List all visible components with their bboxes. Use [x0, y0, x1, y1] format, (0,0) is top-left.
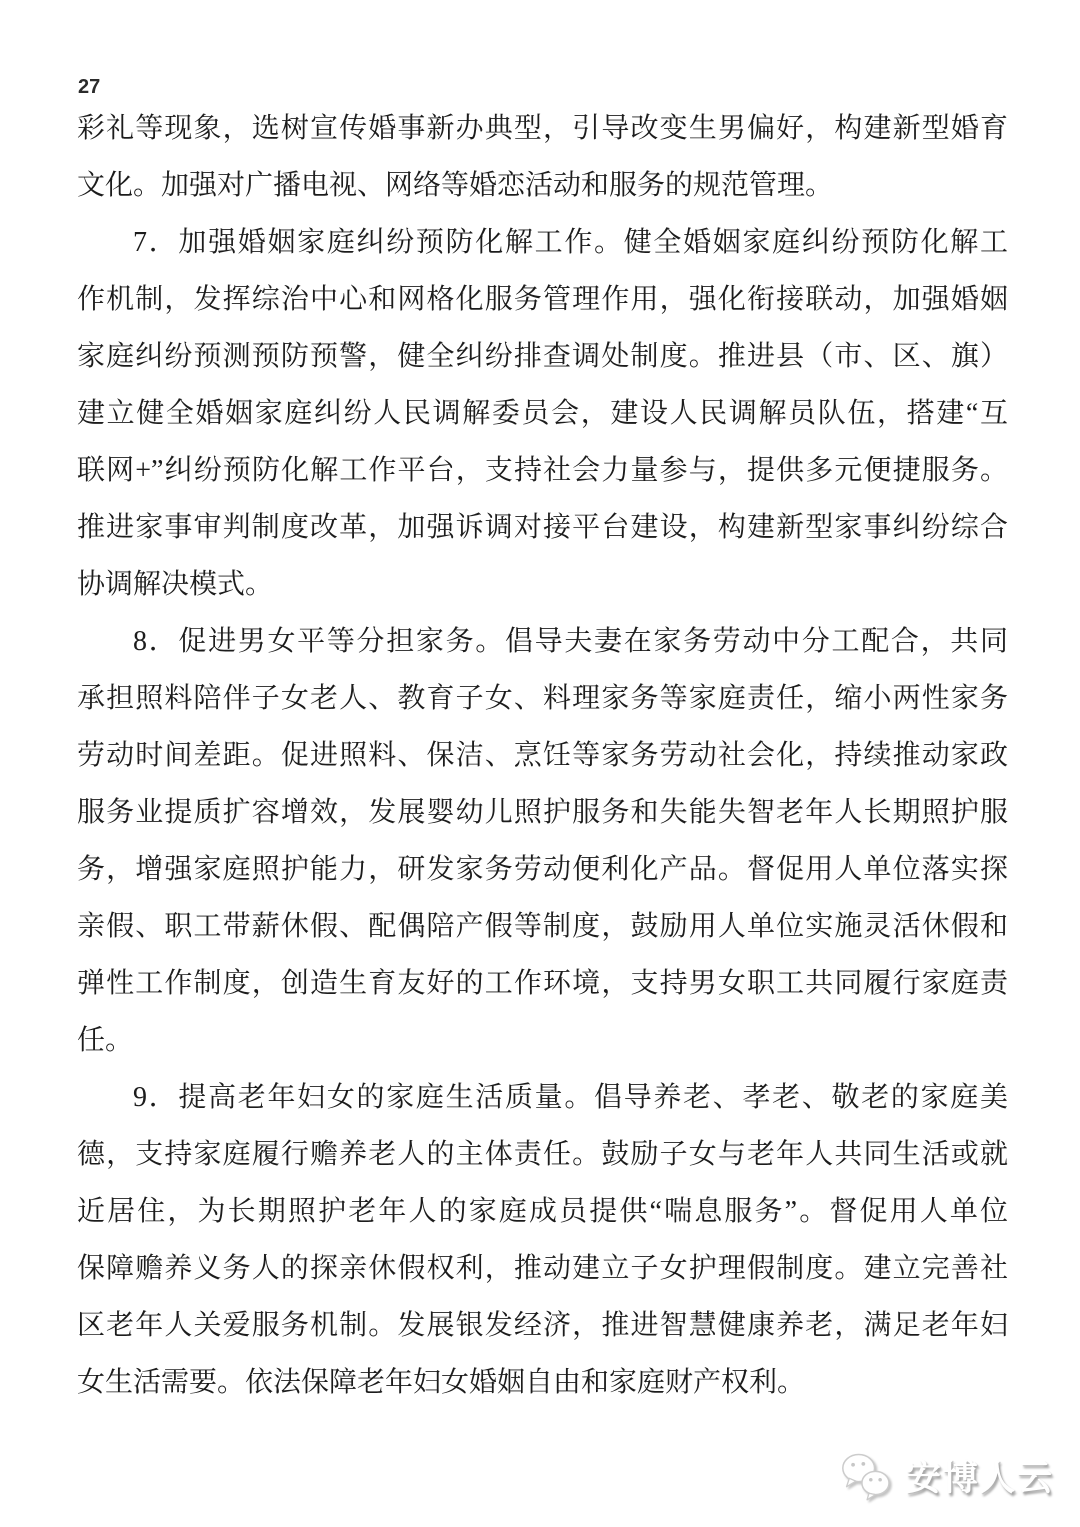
- text-line: 7．加强婚姻家庭纠纷预防化解工作。健全婚姻家庭纠纷预防化解工: [77, 214, 1008, 271]
- text-line: 德，支持家庭履行赡养老人的主体责任。鼓励子女与老年人共同生活或就: [77, 1126, 1008, 1183]
- text-line: 承担照料陪伴子女老人、教育子女、料理家务等家庭责任，缩小两性家务: [77, 670, 1008, 727]
- watermark-text: 安博人云: [906, 1451, 1054, 1501]
- text-line: 近居住，为长期照护老年人的家庭成员提供“喘息服务”。督促用人单位: [77, 1183, 1008, 1240]
- page-number: 27: [78, 76, 100, 99]
- text-line: 亲假、职工带薪休假、配偶陪产假等制度，鼓励用人单位实施灵活休假和: [77, 898, 1008, 955]
- text-line: 8．促进男女平等分担家务。倡导夫妻在家务劳动中分工配合，共同: [77, 613, 1008, 670]
- text-line: 任。: [77, 1012, 1008, 1069]
- text-line: 弹性工作制度，创造生育友好的工作环境，支持男女职工共同履行家庭责: [77, 955, 1008, 1012]
- text-line: 劳动时间差距。促进照料、保洁、烹饪等家务劳动社会化，持续推动家政: [77, 727, 1008, 784]
- text-line: 9．提高老年妇女的家庭生活质量。倡导养老、孝老、敬老的家庭美: [77, 1069, 1008, 1126]
- text-line: 保障赡养义务人的探亲休假权利，推动建立子女护理假制度。建立完善社: [77, 1240, 1008, 1297]
- text-line: 家庭纠纷预测预防预警，健全纠纷排查调处制度。推进县（市、区、旗）: [77, 328, 1008, 385]
- text-line: 彩礼等现象，选树宣传婚事新办典型，引导改变生男偏好，构建新型婚育: [77, 100, 1008, 157]
- document-page: 27 彩礼等现象，选树宣传婚事新办典型，引导改变生男偏好，构建新型婚育文化。加强…: [0, 0, 1080, 1527]
- text-line: 女生活需要。依法保障老年妇女婚姻自由和家庭财产权利。: [77, 1354, 1008, 1411]
- text-line: 作机制，发挥综治中心和网格化服务管理作用，强化衔接联动，加强婚姻: [77, 271, 1008, 328]
- text-line: 建立健全婚姻家庭纠纷人民调解委员会，建设人民调解员队伍，搭建“互: [77, 385, 1008, 442]
- watermark: 安博人云: [840, 1451, 1054, 1501]
- text-line: 务，增强家庭照护能力，研发家务劳动便利化产品。督促用人单位落实探: [77, 841, 1008, 898]
- text-line: 区老年人关爱服务机制。发展银发经济，推进智慧健康养老，满足老年妇: [77, 1297, 1008, 1354]
- text-line: 推进家事审判制度改革，加强诉调对接平台建设，构建新型家事纠纷综合: [77, 499, 1008, 556]
- text-line: 文化。加强对广播电视、网络等婚恋活动和服务的规范管理。: [77, 157, 1008, 214]
- text-line: 协调解决模式。: [77, 556, 1008, 613]
- document-body: 彩礼等现象，选树宣传婚事新办典型，引导改变生男偏好，构建新型婚育文化。加强对广播…: [77, 100, 1008, 1411]
- wechat-icon: [840, 1451, 896, 1501]
- text-line: 联网+”纠纷预防化解工作平台，支持社会力量参与，提供多元便捷服务。: [77, 442, 1008, 499]
- text-line: 服务业提质扩容增效，发展婴幼儿照护服务和失能失智老年人长期照护服: [77, 784, 1008, 841]
